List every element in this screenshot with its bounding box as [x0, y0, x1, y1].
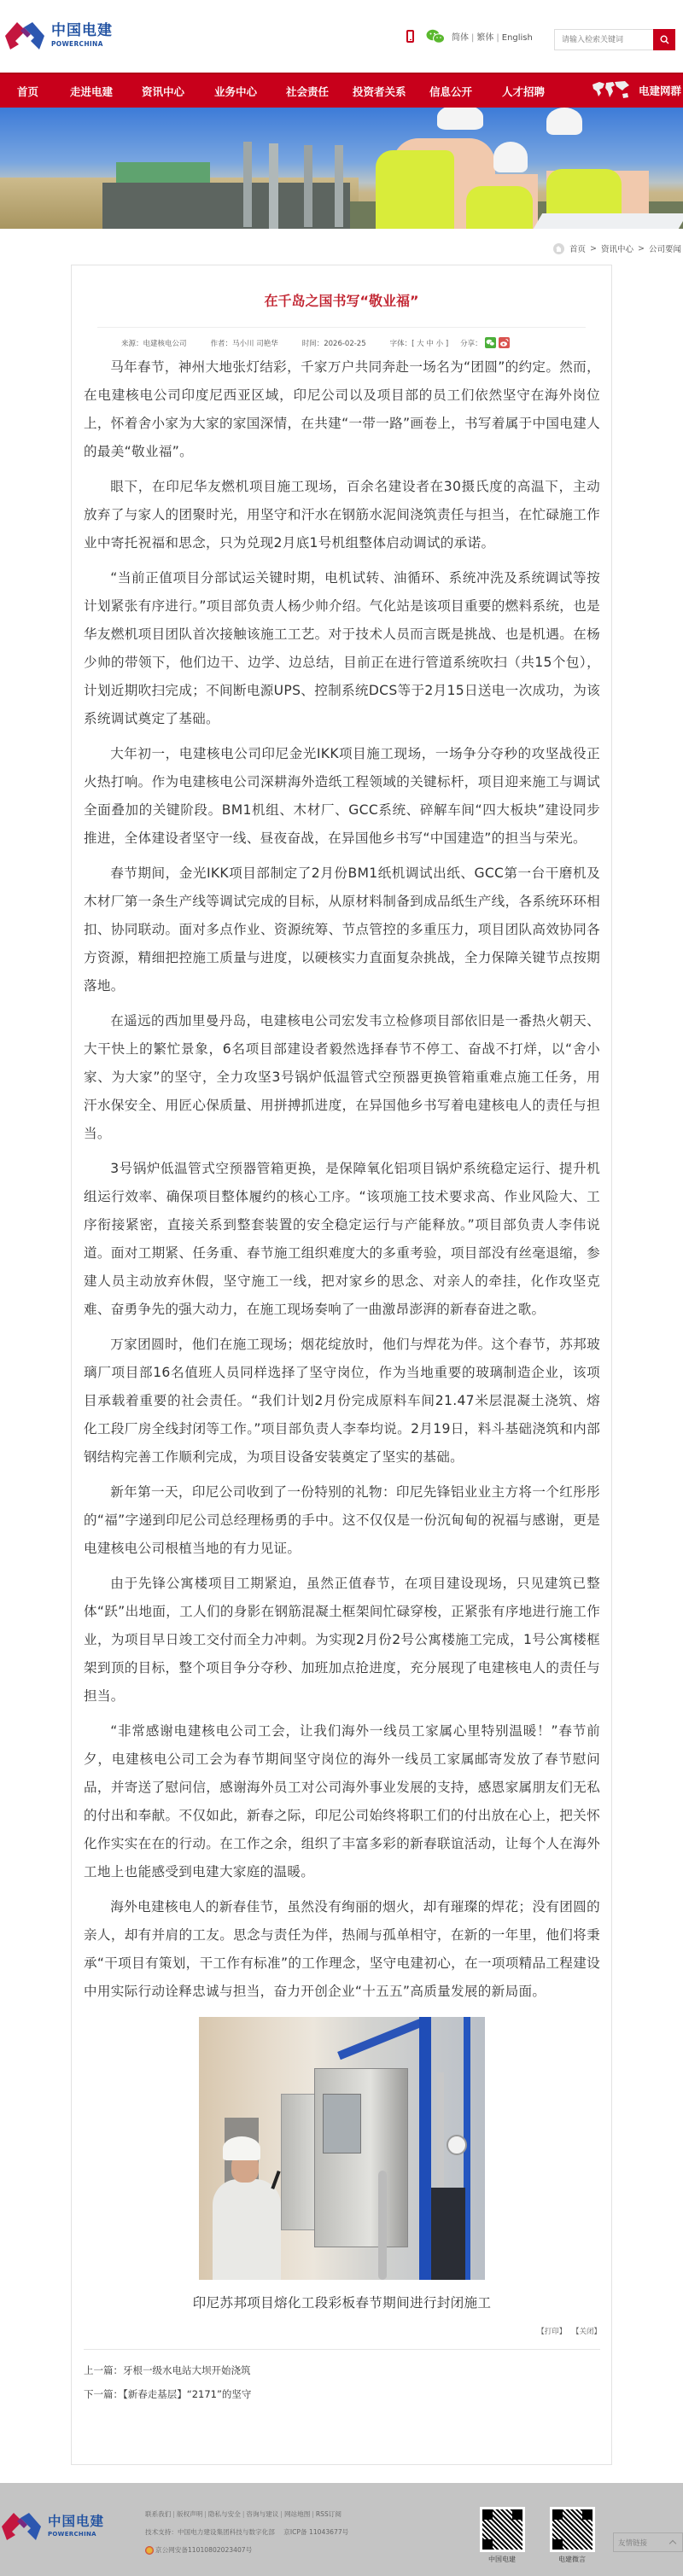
logo-en-text: POWERCHINA [51, 41, 113, 48]
font-size-large[interactable]: 大 [417, 340, 424, 348]
nav-about[interactable]: 走进电建 [70, 84, 113, 99]
article-source: 来源：电建核电公司 [121, 338, 187, 348]
lang-traditional[interactable]: 繁体 [476, 33, 493, 43]
steel-pipe [378, 2171, 387, 2280]
site-logo[interactable]: 中国电建 POWERCHINA [5, 20, 113, 51]
divider [97, 327, 586, 328]
paragraph: 海外电建核电人的新春佳节，虽然没有绚丽的烟火，却有璀璨的焊花；没有团圆的亲人，却… [84, 1893, 600, 2006]
nav-business[interactable]: 业务中心 [214, 84, 257, 99]
footer-link-copyright[interactable]: 版权声明 [177, 2510, 202, 2518]
qr-label: 中国电建 [488, 2555, 516, 2564]
breadcrumb-separator: > [590, 244, 597, 254]
main-nav: 首页 走进电建 资讯中心 业务中心 社会责任 投资者关系 信息公开 人才招聘 电… [0, 73, 683, 108]
font-size-label: 字体：[ [390, 340, 415, 348]
divider: | [471, 33, 474, 43]
worker-helmet [223, 2136, 260, 2160]
nav-investor-relations[interactable]: 投资者关系 [353, 84, 406, 99]
nav-home[interactable]: 首页 [17, 84, 38, 99]
article-meta: 来源：电建核电公司 作者：马小川 司艳华 时间：2026-02-25 字体：[ … [72, 337, 611, 348]
prev-article: 上一篇：牙根一级水电站大坝开始浇筑 [84, 2358, 611, 2382]
paragraph: 3号锅炉低温管式空预器管箱更换，是保障氧化铝项目锅炉系统稳定运行、提升机组运行效… [84, 1155, 600, 1324]
icp-link[interactable]: 京ICP备 11043677号 [283, 2528, 348, 2536]
footer-link-sitemap[interactable]: 网站地图 [284, 2510, 310, 2518]
lang-simplified[interactable]: 简体 [452, 33, 469, 43]
paragraph: 由于先锋公寓楼项目工期紧迫，虽然正值春节，在项目建设现场，只见建筑已整体“跃”出… [84, 1570, 600, 1711]
paragraph: 在遥远的西加里曼丹岛，电建核电公司宏发韦立检修项目部依旧是一番热火朝天、大干快上… [84, 1007, 600, 1148]
lang-english[interactable]: English [502, 33, 533, 43]
divider: | [204, 2510, 207, 2518]
nav-news[interactable]: 资讯中心 [142, 84, 184, 99]
divider: | [496, 33, 499, 43]
next-label: 下一篇： [84, 2388, 123, 2400]
breadcrumb-home[interactable]: 首页 [569, 242, 586, 254]
worker-2-helmet [493, 142, 528, 172]
machine [431, 2188, 465, 2280]
home-icon[interactable] [553, 243, 564, 254]
font-size-small[interactable]: 小 [436, 340, 444, 348]
paragraph: 春节期间，金光IKK项目部制定了2月份BM1纸机调试出纸、GCC第一台干磨机及木… [84, 860, 600, 1000]
article-author: 作者：马小川 司艳华 [211, 338, 278, 348]
paragraph: 万家团圆时，他们在施工现场；烟花绽放时，他们与焊花为伴。这个春节，苏邦玻璃厂项目… [84, 1331, 600, 1472]
breadcrumb-company-news[interactable]: 公司要闻 [649, 242, 681, 254]
next-article-link[interactable]: 【新春走基层】“2171”的坚守 [123, 2388, 251, 2400]
search-input[interactable] [554, 29, 653, 50]
article-actions: 【打印】 【关闭】 [72, 2326, 611, 2336]
walkie-talkie [271, 2171, 280, 2189]
world-map-icon [591, 79, 630, 102]
pipe-column [419, 2017, 431, 2280]
blueprint [534, 213, 683, 229]
divider [84, 2349, 600, 2350]
chevron-up-icon [669, 2540, 676, 2547]
footer-link-privacy[interactable]: 隐私与安全 [208, 2510, 241, 2518]
stack [269, 143, 278, 229]
top-header: 中国电建 POWERCHINA 简体|繁体|English [0, 0, 683, 73]
qr-code-powerchina [480, 2507, 525, 2552]
search-box [554, 29, 675, 50]
stack [243, 142, 252, 227]
powerchina-logo-icon [5, 20, 44, 51]
footer-logo-cn: 中国电建 [48, 2515, 104, 2529]
worker-body [213, 2179, 281, 2280]
search-icon [660, 35, 669, 44]
next-article: 下一篇：【新春走基层】“2171”的坚守 [84, 2382, 611, 2406]
paragraph: 新年第一天，印尼公司收到了一份特别的礼物：印尼先锋铝业业主方将一个红彤彤的“福”… [84, 1478, 600, 1563]
footer-link-rss[interactable]: RSS订阅 [316, 2510, 341, 2518]
print-button[interactable]: 【打印】 [537, 2328, 566, 2336]
paragraph: 大年初一，电建核电公司印尼金光IKK项目施工现场，一场争分夺秒的攻坚战役正火热打… [84, 740, 600, 853]
nav-network-label: 电建网群 [639, 83, 681, 98]
footer-link-contact[interactable]: 联系我们 [145, 2510, 171, 2518]
breadcrumb: 首页 > 资讯中心 > 公司要闻 [553, 242, 681, 254]
qr-label: 电建微言 [558, 2555, 586, 2564]
font-size-bracket: ] [446, 340, 448, 348]
worker-3-helmet [546, 108, 582, 135]
footer-logo[interactable]: 中国电建 POWERCHINA [2, 2511, 104, 2542]
worker-1-helmet [437, 108, 483, 130]
friend-links-dropdown[interactable]: 友情链接 [613, 2532, 683, 2552]
share-label: 分享： [460, 338, 482, 348]
divider: | [242, 2510, 245, 2518]
nav-careers[interactable]: 人才招聘 [502, 84, 545, 99]
control-cabinet [281, 2094, 315, 2230]
language-switcher: 简体|繁体|English [452, 30, 533, 43]
article-container: 在千岛之国书写“敬业福” 来源：电建核电公司 作者：马小川 司艳华 时间：202… [71, 265, 612, 2465]
cabinet-window [323, 2094, 361, 2153]
police-badge-icon [145, 2546, 154, 2555]
share-wechat-icon[interactable] [485, 337, 496, 348]
breadcrumb-separator: > [638, 244, 645, 254]
paragraph: 马年春节，神州大地张灯结彩，千家万户共同奔赴一场名为“团圆”的约定。然而，在电建… [84, 353, 600, 466]
divider: | [280, 2510, 283, 2518]
divider: | [312, 2510, 314, 2518]
worker-1-vest [376, 150, 454, 229]
hero-banner-image [0, 108, 683, 229]
wechat-icon[interactable] [426, 29, 445, 44]
plant-building [116, 162, 210, 184]
powerchina-logo-icon [2, 2511, 41, 2542]
font-size-medium[interactable]: 中 [426, 340, 434, 348]
close-button[interactable]: 【关闭】 [572, 2328, 601, 2336]
qr-code-weiyan [550, 2507, 595, 2552]
logo-cn-text: 中国电建 [51, 24, 113, 38]
police-record-link[interactable]: 京公网安备11010802023407号 [155, 2546, 252, 2554]
tech-support-text: 技术支持：中国电力建设集团科技与数字化部 [145, 2528, 275, 2536]
footer-link-feedback[interactable]: 咨询与建议 [246, 2510, 278, 2518]
paragraph: “当前正值项目分部试运关键时期，电机试转、油循环、系统冲洗及系统调试等按计划紧张… [84, 564, 600, 733]
paragraph: “非常感谢电建核电公司工会，让我们海外一线员工家属心里特别温暖！”春节前夕，电建… [84, 1717, 600, 1886]
plant-structure [102, 183, 350, 229]
prev-label: 上一篇： [84, 2364, 123, 2376]
worker-2-vest [466, 186, 533, 229]
stack [335, 145, 343, 227]
paragraph: 眼下，在印尼华友燃机项目施工现场，百余名建设者在30摄氏度的高温下，主动放弃了与… [84, 473, 600, 557]
prev-article-link[interactable]: 牙根一级水电站大坝开始浇筑 [123, 2364, 251, 2376]
pressure-gauge [447, 2135, 467, 2155]
article-time: 时间：2026-02-25 [302, 338, 366, 348]
search-button[interactable] [653, 29, 675, 50]
share-weibo-icon[interactable] [499, 337, 510, 348]
nav-social-responsibility[interactable]: 社会责任 [286, 84, 329, 99]
footer-links: 联系我们|版权声明|隐私与安全|咨询与建议|网站地图|RSS订阅 技术支持：中国… [145, 2505, 348, 2559]
nav-disclosure[interactable]: 信息公开 [429, 84, 472, 99]
divider: | [172, 2510, 175, 2518]
friend-links-label: 友情链接 [618, 2538, 647, 2548]
mobile-phone-icon[interactable] [406, 30, 414, 43]
font-size-selector: 字体：[ 大 中 小 ] [390, 338, 449, 348]
stack [304, 145, 312, 227]
photo-caption: 印尼苏邦项目熔化工段彩板春节期间进行封闭施工 [84, 2293, 600, 2311]
breadcrumb-news-center[interactable]: 资讯中心 [601, 242, 633, 254]
article-photo [199, 2017, 485, 2280]
article-title: 在千岛之国书写“敬业福” [72, 290, 611, 310]
nav-network-group[interactable]: 电建网群 [591, 79, 681, 102]
footer-logo-en: POWERCHINA [48, 2532, 104, 2538]
prev-next-nav: 上一篇：牙根一级水电站大坝开始浇筑 下一篇：【新春走基层】“2171”的坚守 [72, 2358, 611, 2406]
site-footer: 中国电建 POWERCHINA 联系我们|版权声明|隐私与安全|咨询与建议|网站… [0, 2483, 683, 2576]
article-body: 马年春节，神州大地张灯结彩，千家万户共同奔赴一场名为“团圆”的约定。然而，在电建… [72, 348, 611, 2311]
pipe [337, 2017, 428, 2060]
